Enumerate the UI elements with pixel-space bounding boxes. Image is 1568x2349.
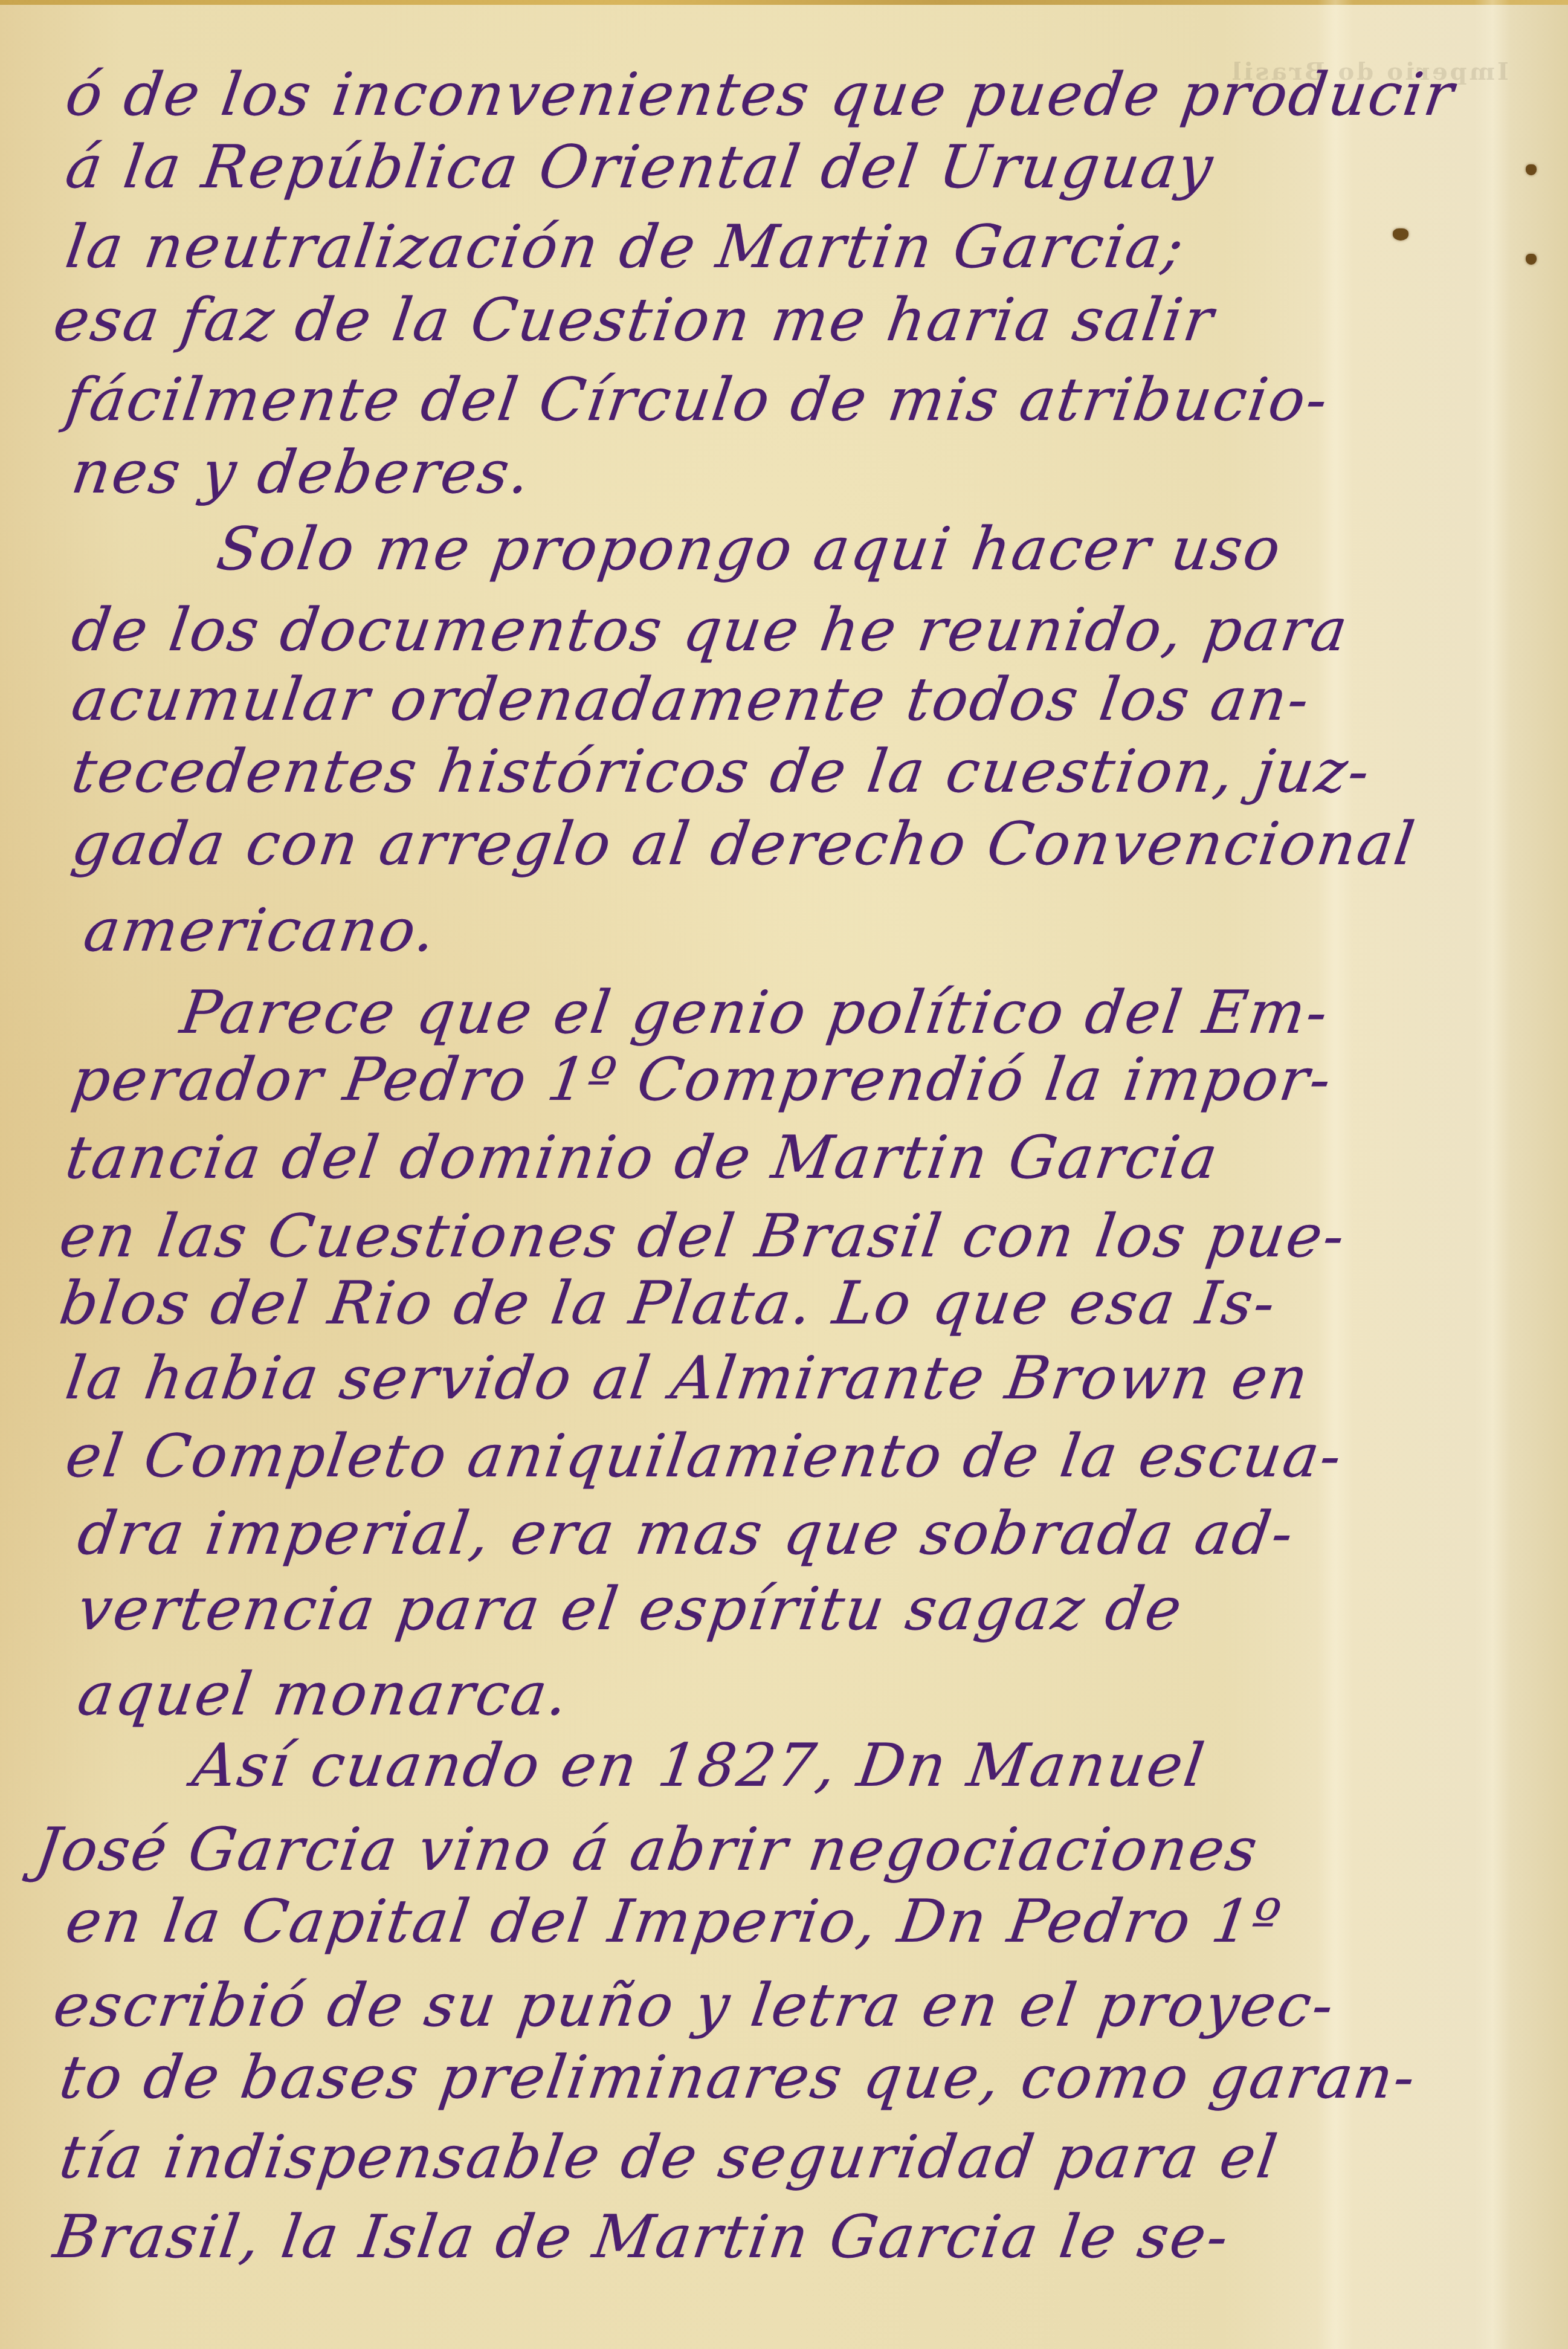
worm-hole: [1526, 164, 1537, 175]
worm-hole: [1526, 254, 1537, 265]
manuscript-line: acumular ordenadamente todos los an-: [68, 670, 1314, 729]
manuscript-line: tía indispensable de seguridad para el: [56, 2128, 1282, 2187]
manuscript-line: en las Cuestiones del Brasil con los pue…: [56, 1207, 1349, 1266]
manuscript-line: tancia del dominio de Martin Garcia: [62, 1128, 1222, 1187]
worm-hole: [1393, 228, 1408, 241]
paper-fold: [1474, 0, 1511, 2349]
manuscript-line: José Garcia vino á abrir negociaciones: [32, 1820, 1262, 1879]
manuscript-line: Parece que el genio político del Em-: [177, 983, 1332, 1042]
manuscript-line: americano.: [80, 901, 440, 960]
manuscript-line: esa faz de la Cuestion me haria salir: [50, 291, 1218, 350]
manuscript-line: el Completo aniquilamiento de la escua-: [62, 1427, 1346, 1486]
manuscript-line: la neutralización de Martin Garcia;: [62, 218, 1189, 277]
manuscript-line: Así cuando en 1827, Dn Manuel: [189, 1736, 1209, 1795]
manuscript-line: perador Pedro 1º Comprendió la impor-: [68, 1050, 1336, 1110]
manuscript-line: á la República Oriental del Uruguay: [62, 138, 1218, 197]
manuscript-line: blos del Rio de la Plata. Lo que esa Is-: [56, 1274, 1280, 1333]
manuscript-line: tecedentes históricos de la cuestion, ju…: [68, 742, 1375, 801]
manuscript-line: aquel monarca.: [74, 1665, 573, 1724]
manuscript-line: en la Capital del Imperio, Dn Pedro 1º: [62, 1892, 1285, 1951]
manuscript-line: la habia servido al Almirante Brown en: [62, 1349, 1313, 1408]
manuscript-line: nes y deberes.: [68, 443, 535, 502]
manuscript-line: dra imperial, era mas que sobrada ad-: [74, 1504, 1298, 1563]
manuscript-line: ó de los inconvenientes que puede produc…: [62, 65, 1459, 124]
manuscript-line: gada con arreglo al derecho Convencional: [68, 815, 1419, 874]
manuscript-line: vertencia para el espíritu sagaz de: [74, 1580, 1187, 1639]
manuscript-line: to de bases preliminares que, como garan…: [56, 2048, 1420, 2107]
manuscript-line: Brasil, la Isla de Martin Garcia le se-: [50, 2208, 1233, 2267]
manuscript-line: escribió de su puño y letra en el proyec…: [50, 1976, 1338, 2035]
manuscript-line: Solo me propongo aqui hacer uso: [213, 520, 1285, 579]
manuscript-line: de los documentos que he reunido, para: [68, 601, 1352, 660]
manuscript-line: fácilmente del Círculo de mis atribucio-: [62, 370, 1332, 430]
